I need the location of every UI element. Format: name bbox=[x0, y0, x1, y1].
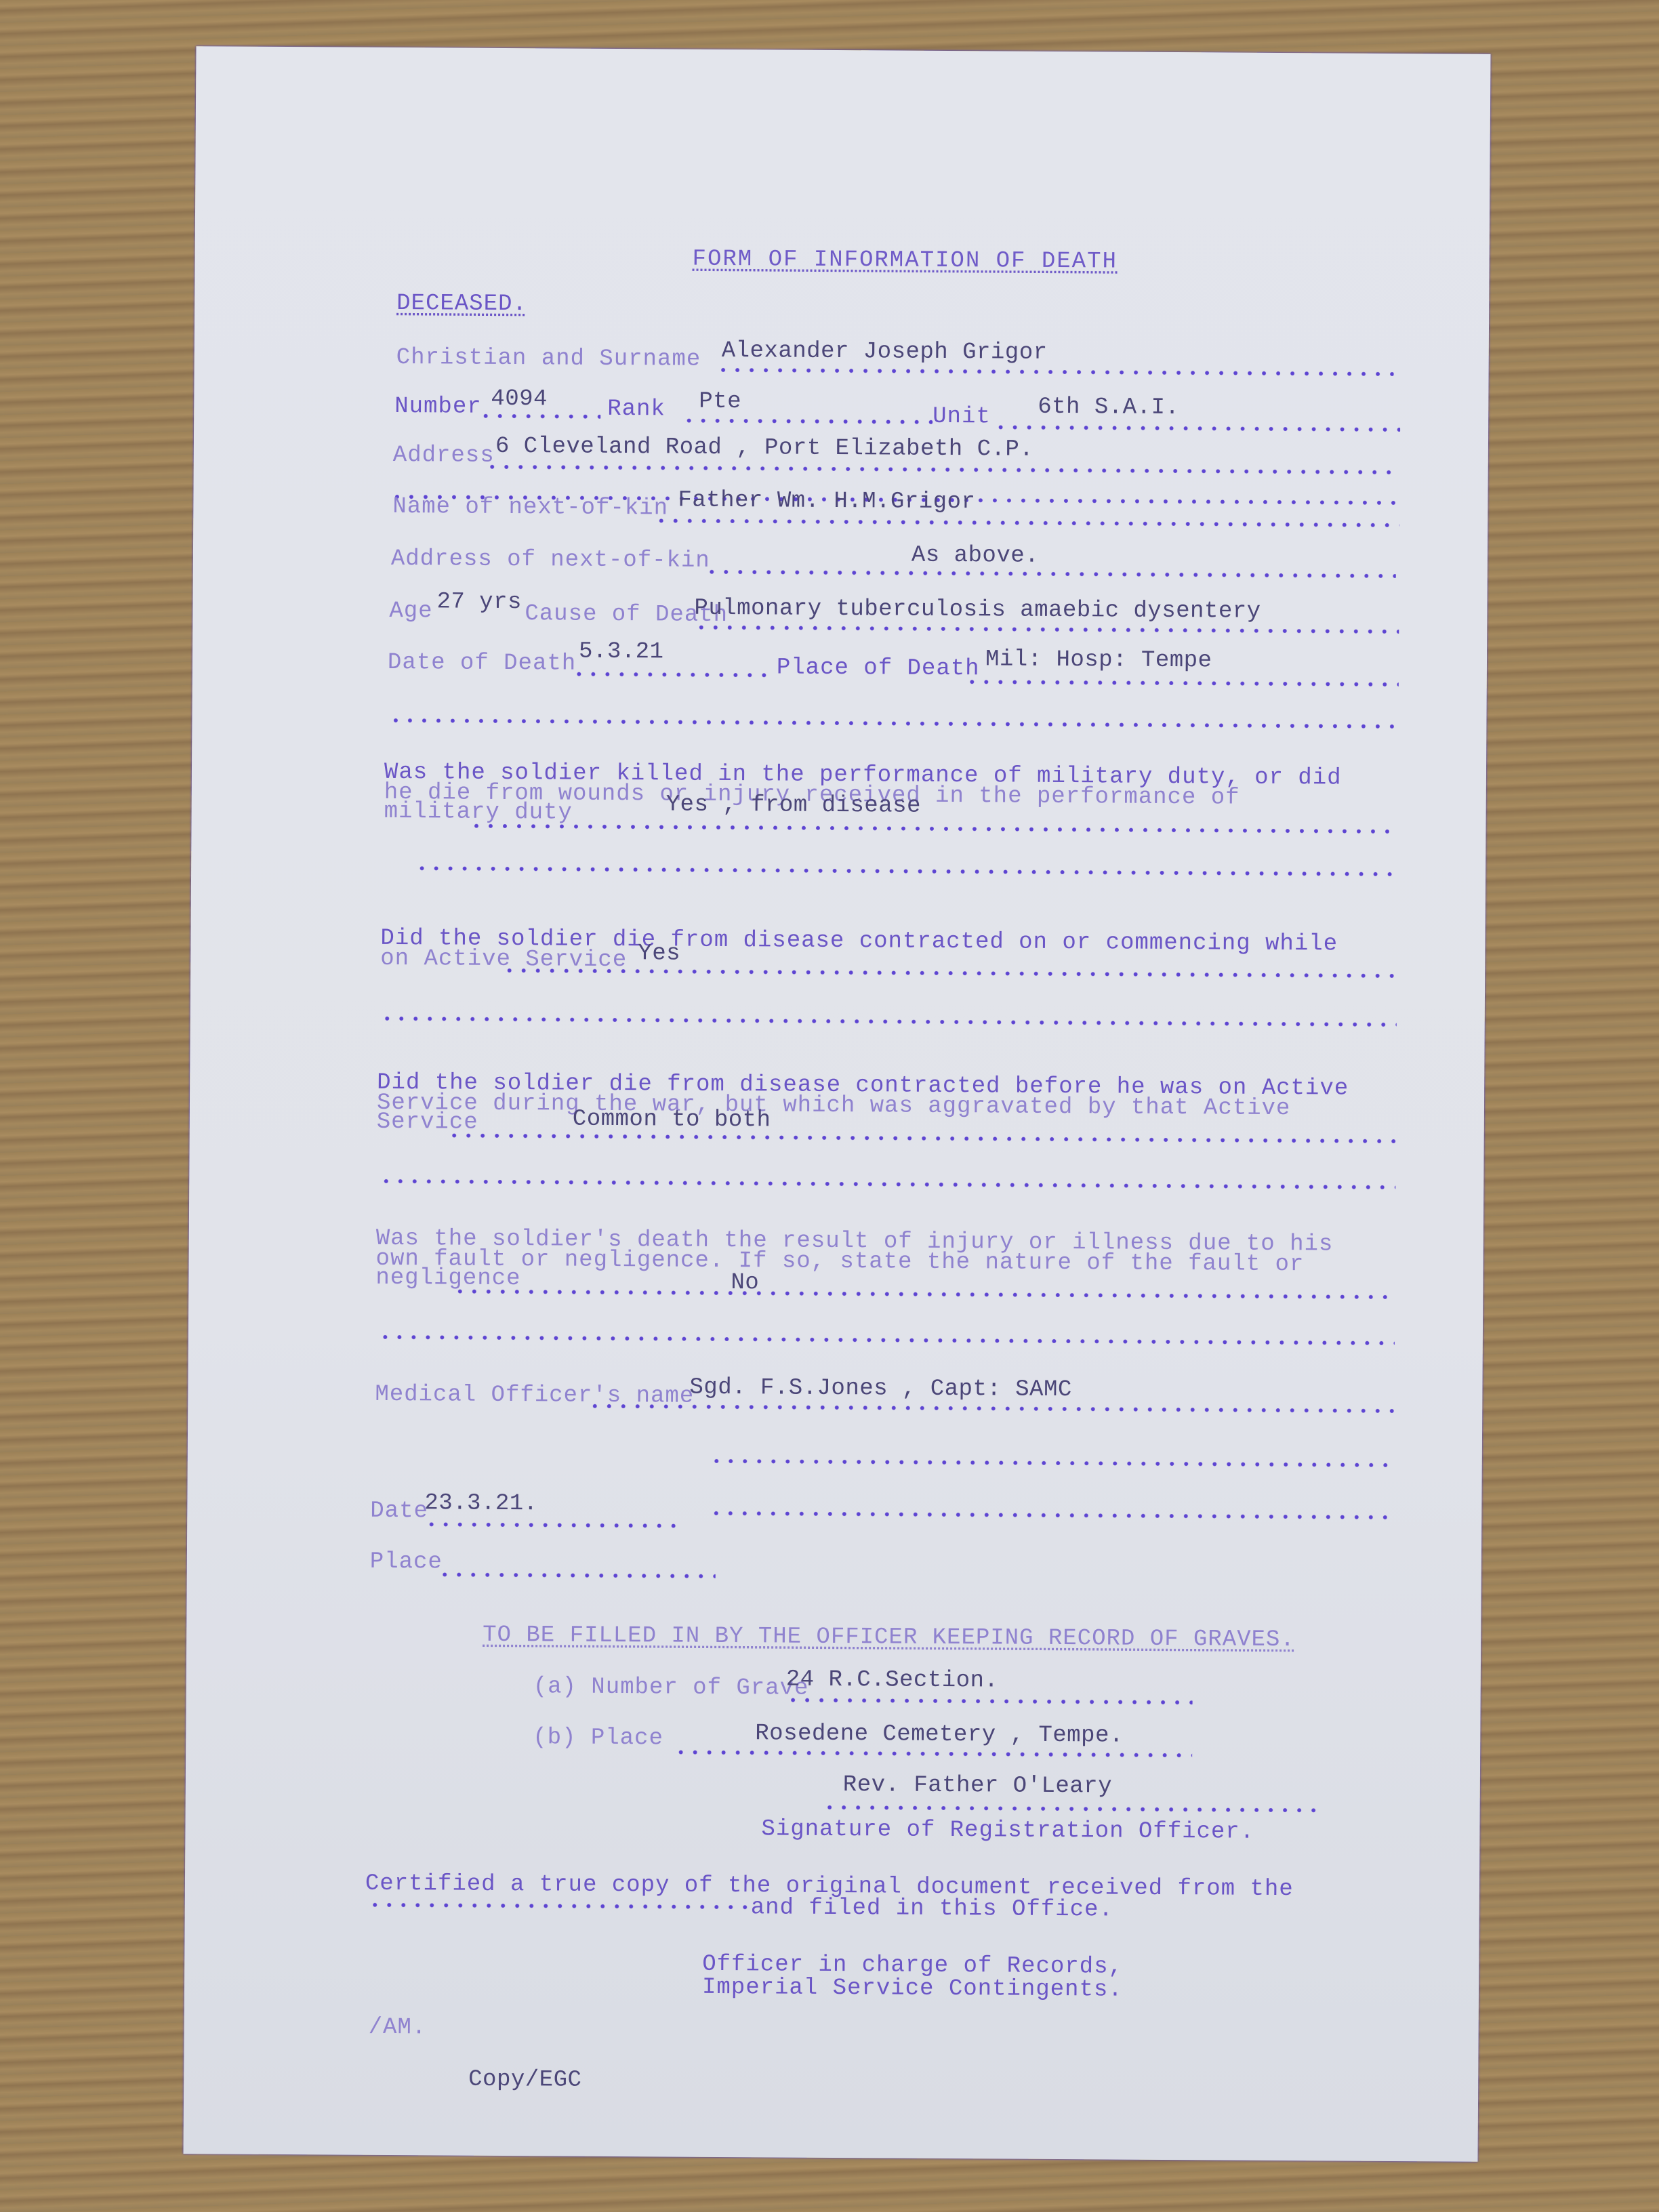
question-2-answer: Yes bbox=[638, 940, 680, 967]
officer-line-2: Imperial Service Contingents. bbox=[702, 1974, 1123, 2004]
section-deceased: DECEASED. bbox=[396, 290, 527, 318]
kin-address-dotted-line bbox=[705, 570, 1396, 578]
next-of-kin-value: Father Wm. H.M.Grigor bbox=[678, 487, 975, 516]
place-dotted-line bbox=[438, 1572, 716, 1578]
certified-dotted-line bbox=[368, 1903, 747, 1909]
age-label: Age bbox=[389, 598, 432, 625]
date-value: 23.3.21. bbox=[424, 1490, 537, 1517]
registration-label: Signature of Registration Officer. bbox=[761, 1816, 1254, 1845]
number-value: 4094 bbox=[491, 386, 548, 413]
kin-address-label: Address of next-of-kin bbox=[391, 546, 710, 575]
medical-officer-value: Sgd. F.S.Jones , Capt: SAMC bbox=[689, 1374, 1072, 1404]
rank-label: Rank bbox=[607, 396, 665, 424]
grave-place-label: (b) Place bbox=[533, 1724, 663, 1752]
cause-dotted-line bbox=[694, 626, 1399, 634]
next-of-kin-label: Name of next-of-kin bbox=[392, 493, 668, 522]
copy-reference: Copy/EGC bbox=[468, 2066, 581, 2094]
question-3-line-2: Service during the war, but which was ag… bbox=[377, 1090, 1291, 1122]
question-4-dotted-line bbox=[453, 1290, 1395, 1299]
kin-address-value: As above. bbox=[912, 542, 1039, 570]
number-label: Number bbox=[394, 393, 482, 421]
question-2-dotted-line-2 bbox=[380, 1017, 1397, 1027]
unit-value: 6th S.A.I. bbox=[1038, 394, 1179, 422]
place-of-death-label: Place of Death bbox=[777, 654, 980, 682]
address-label: Address bbox=[393, 442, 495, 470]
form-title: FORM OF INFORMATION OF DEATH bbox=[692, 246, 1118, 276]
question-1-dotted-line bbox=[469, 824, 1397, 834]
age-value: 27 yrs bbox=[436, 588, 522, 616]
date-of-death-value: 5.3.21 bbox=[579, 638, 664, 666]
graves-heading: TO BE FILLED IN BY THE OFFICER KEEPING R… bbox=[483, 1622, 1295, 1654]
medical-officer-dotted-line bbox=[588, 1404, 1394, 1413]
question-3-dotted-line-2 bbox=[379, 1179, 1395, 1189]
question-1-line-3: military duty bbox=[384, 798, 572, 827]
name-dotted-line bbox=[716, 368, 1394, 376]
signature-dotted-line-2 bbox=[709, 1511, 1393, 1519]
question-3-answer: Common to both bbox=[573, 1106, 771, 1134]
question-1-answer: Yes , from disease bbox=[666, 791, 922, 819]
place-of-death-value: Mil: Hosp: Tempe bbox=[985, 646, 1212, 674]
unit-dotted-line bbox=[994, 425, 1400, 432]
grave-place-dotted-line bbox=[674, 1750, 1192, 1758]
question-4-line-3: negligence bbox=[375, 1265, 520, 1292]
certified-line-2: and filed in this Office. bbox=[751, 1894, 1113, 1923]
date-dotted-line bbox=[424, 1522, 682, 1528]
rank-value: Pte bbox=[699, 388, 741, 415]
number-dotted-line bbox=[478, 414, 600, 419]
document-page: FORM OF INFORMATION OF DEATH DECEASED. C… bbox=[184, 46, 1491, 2162]
question-3-line-3: Service bbox=[377, 1109, 478, 1136]
grave-number-label: (a) Number of Grave bbox=[533, 1673, 809, 1702]
question-3-dotted-line bbox=[447, 1133, 1396, 1143]
question-4-dotted-line-2 bbox=[378, 1335, 1395, 1345]
grave-place-value: Rosedene Cemetery , Tempe. bbox=[755, 1720, 1124, 1749]
date-of-death-dotted-line bbox=[572, 672, 775, 678]
cause-value: Pulmonary tuberculosis amaebic dysentery bbox=[694, 595, 1261, 626]
reference-initials: /AM. bbox=[369, 2014, 427, 2042]
signature-dotted-line-1 bbox=[710, 1459, 1394, 1467]
address-value: 6 Cleveland Road , Port Elizabeth C.P. bbox=[495, 433, 1034, 464]
question-2-dotted-line bbox=[502, 968, 1397, 978]
separator-dotted-line bbox=[388, 718, 1398, 729]
date-label: Date bbox=[370, 1498, 428, 1525]
unit-label: Unit bbox=[933, 403, 991, 431]
place-of-death-dotted-line bbox=[965, 680, 1399, 687]
grave-number-value: 24 R.C.Section. bbox=[786, 1666, 999, 1695]
name-label: Christian and Surname bbox=[396, 344, 701, 373]
date-of-death-label: Date of Death bbox=[388, 649, 576, 678]
next-of-kin-dotted-line bbox=[654, 518, 1399, 527]
place-label: Place bbox=[370, 1549, 443, 1576]
question-4-answer: No bbox=[731, 1269, 759, 1296]
registration-signature: Rev. Father O'Leary bbox=[843, 1771, 1112, 1800]
name-value: Alexander Joseph Grigor bbox=[722, 337, 1048, 367]
grave-number-dotted-line bbox=[786, 1698, 1193, 1705]
question-1-dotted-line-2 bbox=[415, 866, 1397, 876]
registration-dotted-line bbox=[823, 1805, 1324, 1813]
rank-dotted-line bbox=[682, 419, 933, 424]
address-dotted-line bbox=[485, 465, 1400, 474]
